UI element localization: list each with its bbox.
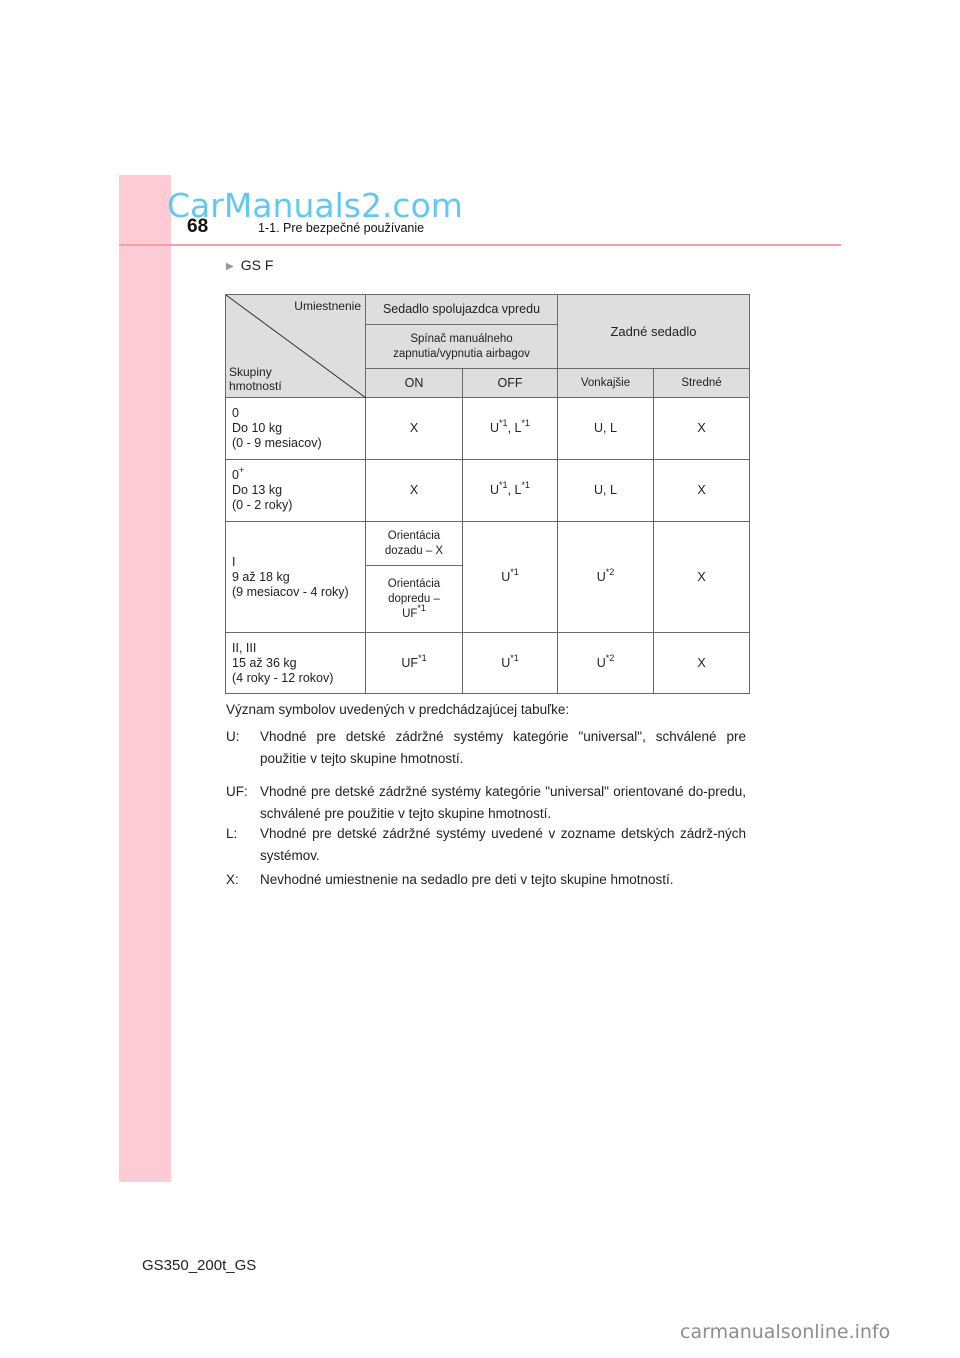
group-cell: I9 až 18 kg(9 mesiacov - 4 roky) <box>226 522 366 633</box>
cell-on-rear-facing: Orientáciadozadu – X <box>366 522 463 566</box>
model-label: GS F <box>241 257 274 273</box>
legend-text: Vhodné pre detské zádržné systémy uveden… <box>260 823 746 867</box>
airbag-switch-header: Spínač manuálnehozapnutia/vypnutia airba… <box>366 325 558 369</box>
model-bullet: ▶GS F <box>226 257 273 273</box>
corner-group-label: Skupinyhmotností <box>229 365 282 393</box>
col-header-outer: Vonkajšie <box>558 369 654 398</box>
table-row: II, III15 až 36 kg(4 roky - 12 rokov) UF… <box>226 633 750 694</box>
table-row: 0Do 10 kg(0 - 9 mesiacov) X U*1, L*1 U, … <box>226 398 750 460</box>
legend-intro: Význam symbolov uvedených v predchádzajú… <box>226 699 746 721</box>
cell-on-forward-facing: Orientáciadopredu –UF*1 <box>366 566 463 633</box>
table-row: 0+Do 13 kg(0 - 2 roky) X U*1, L*1 U, L X <box>226 460 750 522</box>
legend-text: Vhodné pre detské zádržné systémy kategó… <box>260 781 746 825</box>
watermark-carmanualsonline: carmanualsonline.info <box>680 1321 890 1343</box>
cell-on: X <box>366 460 463 522</box>
cell-off: U*1, L*1 <box>463 460 558 522</box>
footer-manual-code: GS350_200t_GS <box>142 1257 256 1274</box>
cell-outer: U, L <box>558 460 654 522</box>
cell-off: U*1 <box>463 522 558 633</box>
legend-item-x: X: Nevhodné umiestnenie na sedadlo pre d… <box>226 869 746 891</box>
col-header-on: ON <box>366 369 463 398</box>
cell-on: X <box>366 398 463 460</box>
cell-center: X <box>654 522 750 633</box>
cell-outer: U*2 <box>558 633 654 694</box>
chapter-side-tab <box>119 175 171 1182</box>
section-title: 1-1. Pre bezpečné používanie <box>258 221 424 235</box>
front-seat-header: Sedadlo spolujazdca vpredu <box>366 295 558 325</box>
cell-outer: U, L <box>558 398 654 460</box>
legend-text: Nevhodné umiestnenie na sedadlo pre deti… <box>260 869 746 891</box>
legend-text: Vhodné pre detské zádržné systémy kategó… <box>260 726 746 770</box>
cell-on: UF*1 <box>366 633 463 694</box>
corner-placement-label: Umiestnenie <box>294 299 361 314</box>
legend-item-l: L: Vhodné pre detské zádržné systémy uve… <box>226 823 746 867</box>
legend-item-uf: UF: Vhodné pre detské zádržné systémy ka… <box>226 781 746 825</box>
legend-item-u: U: Vhodné pre detské zádržné systémy kat… <box>226 726 746 770</box>
legend-key: UF: <box>226 781 260 803</box>
legend-key: U: <box>226 726 260 748</box>
table-corner-header: Umiestnenie Skupinyhmotností <box>226 295 366 398</box>
col-header-center: Stredné <box>654 369 750 398</box>
page-number: 68 <box>187 216 208 238</box>
cell-center: X <box>654 398 750 460</box>
header-divider <box>119 244 841 246</box>
watermark-carmanuals2: CarManuals2.com <box>167 186 463 225</box>
group-cell: 0+Do 13 kg(0 - 2 roky) <box>226 460 366 522</box>
col-header-off: OFF <box>463 369 558 398</box>
cell-off: U*1 <box>463 633 558 694</box>
triangle-bullet-icon: ▶ <box>226 261 234 272</box>
cell-center: X <box>654 460 750 522</box>
table-row: I9 až 18 kg(9 mesiacov - 4 roky) Orientá… <box>226 522 750 566</box>
legend-key: X: <box>226 869 260 891</box>
group-cell: II, III15 až 36 kg(4 roky - 12 rokov) <box>226 633 366 694</box>
cell-center: X <box>654 633 750 694</box>
cell-off: U*1, L*1 <box>463 398 558 460</box>
legend-key: L: <box>226 823 260 845</box>
cell-outer: U*2 <box>558 522 654 633</box>
child-seat-suitability-table: Umiestnenie Skupinyhmotností Sedadlo spo… <box>225 294 750 694</box>
rear-seat-header: Zadné sedadlo <box>558 295 750 369</box>
group-cell: 0Do 10 kg(0 - 9 mesiacov) <box>226 398 366 460</box>
